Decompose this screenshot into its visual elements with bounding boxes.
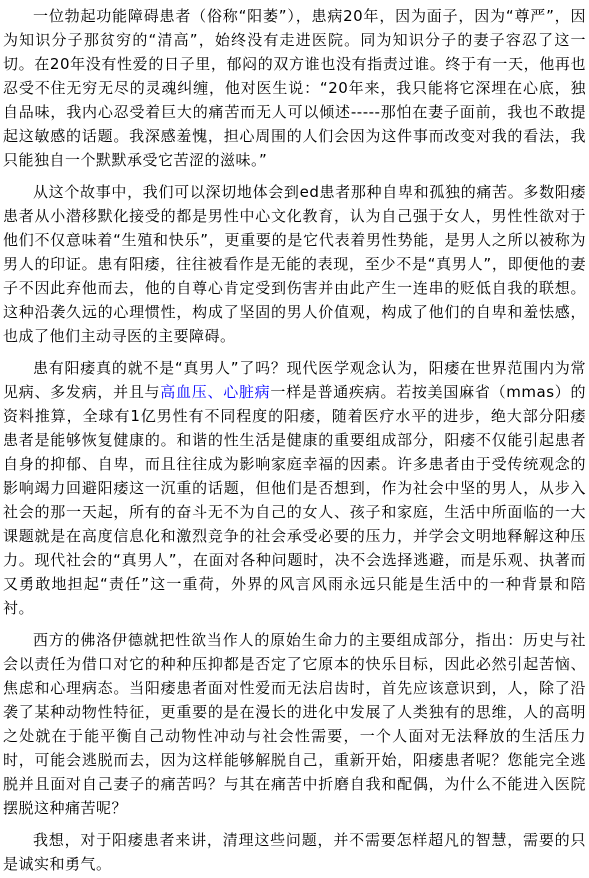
- link-separator-caesura: 、: [207, 383, 223, 401]
- paragraph-freud-view: 西方的佛洛伊德就把性欲当作人的原始生命力的主要组成部分，指出：历史与社会以责任为…: [3, 628, 586, 820]
- article-body: 一位勃起功能障碍患者（俗称“阳萎”），患病20年，因为面子，因为“尊严”，因为知…: [0, 0, 589, 878]
- paragraph-patient-story: 一位勃起功能障碍患者（俗称“阳萎”），患病20年，因为面子，因为“尊严”，因为知…: [3, 4, 586, 172]
- hypertension-link[interactable]: 高血压: [160, 383, 207, 401]
- paragraph-conclusion: 我想，对于阳痿患者来讲，清理这些问题，并不需要怎样超凡的智慧，需要的只是诚实和勇…: [3, 828, 586, 876]
- paragraph-medical-view-text-after-links: 一样是普通疾病。若按美国麻省（mmas）的资料推算，全球有1亿男性有不同程度的阳…: [3, 383, 586, 617]
- heart-disease-link[interactable]: 心脏病: [223, 383, 270, 401]
- paragraph-inferiority-pain: 从这个故事中，我们可以深切地体会到ed患者那种自卑和孤独的痛苦。多数阳痿患者从小…: [3, 180, 586, 348]
- paragraph-medical-view: 患有阳痿真的就不是“真男人”了吗？现代医学观念认为，阳痿在世界范围内为常见病、多…: [3, 356, 586, 620]
